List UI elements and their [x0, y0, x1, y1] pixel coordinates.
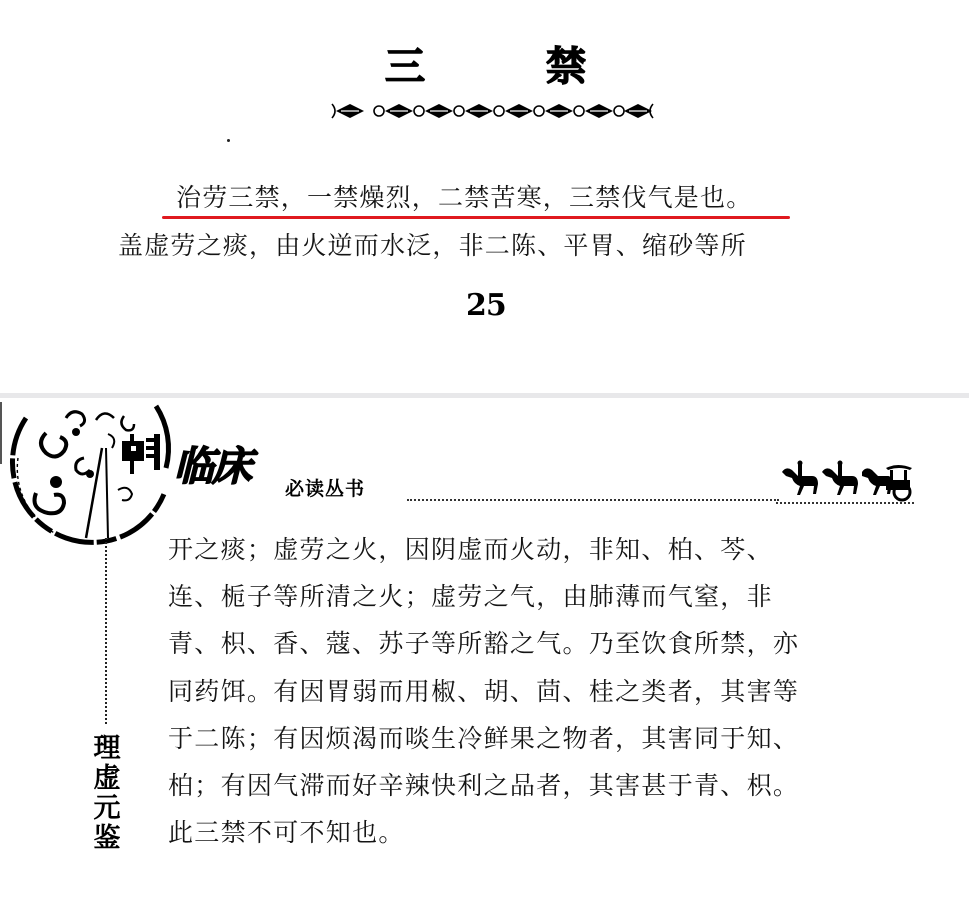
paragraph-line: 盖虚劳之痰，由火逆而水泛，非二陈、平胃、缩砂等所	[118, 230, 747, 262]
paragraph-line: 同药饵。有因胃弱而用椒、胡、茴、桂之类者，其害等	[168, 668, 799, 715]
section-title-char-1: 三	[385, 44, 425, 90]
horse-chariot-icon	[776, 460, 914, 504]
stray-ink-dot	[227, 139, 230, 142]
page-number: 25	[466, 288, 506, 324]
red-underline-annotation	[162, 216, 790, 219]
section-title: 三 禁	[0, 44, 969, 94]
header-rule	[407, 499, 779, 501]
chariot-ground-rule	[776, 502, 914, 504]
vertical-dotted-rule	[105, 538, 107, 724]
paragraph-line: 开之痰；虚劳之火，因阴虚而火动，非知、柏、芩、	[168, 526, 799, 573]
paragraph-line-highlighted: 治劳三禁，一禁燥烈，二禁苦寒，三禁伐气是也。	[176, 182, 752, 214]
cloud-emblem-icon	[6, 398, 174, 548]
paragraph-line: 于二陈；有因烦渴而啖生冷鲜果之物者，其害同于知、	[168, 715, 799, 762]
paragraph-line: 青、枳、香、蔻、苏子等所豁之气。乃至饮食所禁，亦	[168, 620, 799, 667]
ornament-divider-icon	[330, 100, 655, 122]
book-page-top: 三 禁	[0, 0, 969, 393]
book-side-title: 理虚元鉴	[90, 734, 124, 854]
page-edge-mark	[0, 402, 2, 464]
book-page-bottom: 临床 必读丛书 理虚元鉴 开之痰；虚劳之火，因阴虚而火动，非知、柏、芩、 连、栀…	[0, 398, 969, 915]
series-brush-title: 临床	[174, 444, 250, 490]
paragraph-body: 开之痰；虚劳之火，因阴虚而火动，非知、柏、芩、 连、栀子等所清之火；虚劳之气，由…	[168, 526, 799, 856]
section-title-char-2: 禁	[546, 44, 586, 90]
series-subtitle: 必读丛书	[285, 477, 365, 501]
paragraph-line: 连、栀子等所清之火；虚劳之气，由肺薄而气窒，非	[168, 573, 799, 620]
paragraph-line: 柏；有因气滞而好辛辣快利之品者，其害甚于青、枳。	[168, 762, 799, 809]
paragraph-line: 此三禁不可不知也。	[168, 809, 799, 856]
